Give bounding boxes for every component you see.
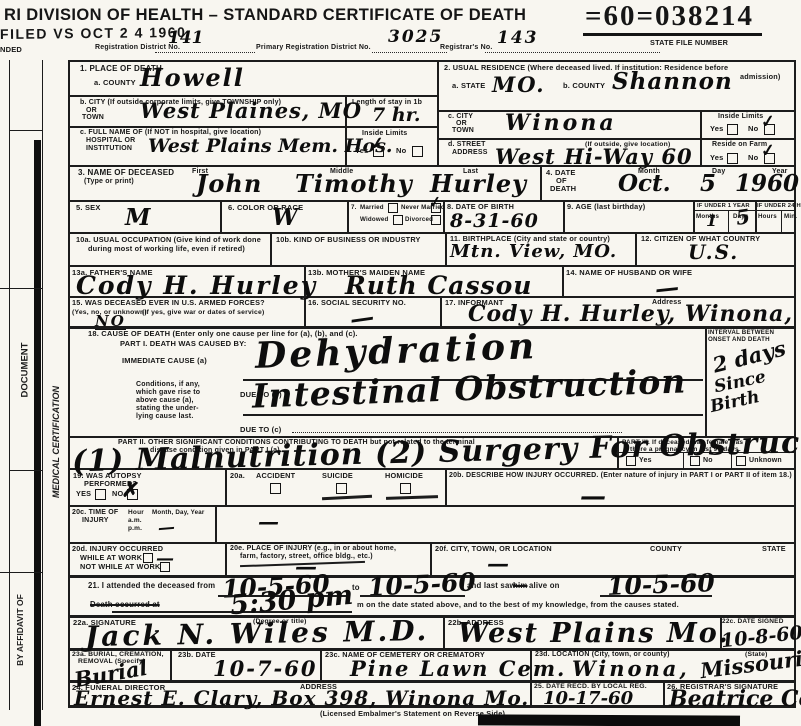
grid-line [540,165,542,200]
margin-thick-bar [34,140,41,726]
no-label: No [396,146,406,155]
cause-a-value: Dehydration [254,328,537,374]
not-while-at-work-label: NOT WHILE AT WORK [80,563,160,572]
month-day-year-label: Month, Day, Year [152,509,204,516]
grid-line [437,138,796,140]
grid-line [68,126,437,128]
grid-line [320,648,322,680]
hand-stroke [322,495,372,500]
conditions-note5: lying cause last. [136,413,193,421]
marital-married-label: Married [360,204,384,211]
residence-limits-yes-checkbox [727,124,738,135]
him-word: him [513,581,527,590]
hand-stroke [386,495,438,499]
primary-reg-value: 3025 [388,29,443,46]
hours-header: Hours [758,213,777,220]
residence-city-value: Winona [505,112,617,134]
mother-maiden-name-value: Ruth Cassou [345,273,532,298]
describe-injury-value: — [580,484,606,510]
death-year-value: 1960 [735,172,799,195]
age-label: 9. AGE (last birthday) [567,203,645,212]
residence-city-town: TOWN [452,127,474,135]
dotted-rule [485,52,660,53]
informant-value: Cody H. Hurley, Winona, MO [468,303,801,325]
yes-label: Yes [355,146,369,155]
burial-location-state-value: Missouri [699,648,801,681]
margin-tick [9,470,42,471]
widowed-checkbox [393,215,403,225]
margin-medical-certification-label: MEDICAL CERTIFICATION [51,386,61,498]
grid-line [440,296,442,326]
grid-line [693,200,695,232]
state-value: MO. [492,74,546,95]
accident-checkbox [270,483,281,494]
age-days-value: 5 [735,206,752,228]
inside-limits-no-checkbox [412,146,423,157]
last-name-value: Hurley [430,172,527,196]
rule-line [360,595,465,597]
burial-date-label: 23b. DATE [178,651,216,660]
date-of-death-title3: DEATH [550,184,576,193]
grid-line [68,505,796,507]
grid-line [443,615,445,648]
death-month-value: Oct. [618,172,671,195]
first-name-value: John [196,172,262,196]
check-mark: ✓ [369,135,385,153]
filed-stamp: FILED VS OCT 2 4 1960 [0,24,186,42]
min-header: Min. [784,213,797,220]
immediate-cause-label: IMMEDIATE CAUSE (a) [122,356,207,365]
rule-line [243,414,703,416]
armed-forces-value: NO [95,314,126,330]
grid-line [215,505,217,542]
time-of-injury-label2: INJURY [82,517,109,525]
state-label: a. STATE [452,81,485,90]
grid-line [68,265,796,267]
no-label: No [748,153,758,162]
margin-by-affidavit-label: BY AFFIDAVIT OF [15,594,25,666]
hospital-label3: INSTITUTION [86,145,132,153]
time-of-injury-value: — [157,519,175,537]
burial-date-value: 10-7-60 [213,658,318,679]
check-mark: ✓ [760,113,776,131]
county-label: a. COUNTY [94,78,136,87]
to-word: to [352,583,360,592]
dotted-rule [155,52,255,53]
social-security-value: — [348,304,375,331]
grid-line [781,210,782,232]
residence-county-label: b. COUNTY [563,81,605,90]
margin-document-label: DOCUMENT [20,343,31,398]
occupation-label2: during most of working life, even if ret… [88,245,245,254]
grid-line [562,265,564,296]
date-of-birth-value: 8-31-60 [450,212,539,231]
sex-label: 5. SEX [76,203,101,212]
homicide-checkbox [400,483,411,494]
injury-state-header: STATE [762,545,786,554]
married-checkbox [388,203,398,213]
grid-line [530,680,532,707]
city-town-label-town: TOWN [82,114,104,122]
margin-tick [0,572,42,573]
armed-forces-sub2: (If yes, give war or dates of service) [142,309,264,317]
grid-line [437,60,439,165]
margin-tick [0,288,42,289]
grid-line [663,680,665,707]
grid-line [304,296,306,326]
marital-divorced-label: Divorced [405,216,433,223]
alive-on-phrase: alive on [529,581,560,590]
age-months-value: 1 [706,213,717,229]
grid-line [68,60,70,707]
part1-label: PART I. DEATH WAS CAUSED BY: [120,339,246,348]
business-industry-label: 10b. KIND OF BUSINESS OR INDUSTRY [276,236,421,245]
name-of-deceased-sub: (Type or print) [84,178,134,186]
color-or-race-value: W [272,206,298,229]
father-name-value: Cody H. Hurley [76,273,317,298]
state-file-number-label: STATE FILE NUMBER [650,39,728,48]
grid-line [445,232,447,265]
dotted-rule [372,52,447,53]
cemetery-value: Pine Lawn Cem. [350,658,566,679]
residence-county-value: Shannon [612,70,733,93]
if-under-24-hr-header: IF UNDER 24 HR [757,203,801,210]
divorced-checkbox [431,215,441,225]
citizen-value: U.S. [688,242,739,262]
death-certificate-scan: RI DIVISION OF HEALTH – STANDARD CERTIFI… [0,0,801,726]
suicide-checkbox [336,483,347,494]
hour-label: Hour [128,509,144,517]
grid-line [68,95,437,97]
x-mark: ✗ [121,478,141,501]
county-value: Howell [140,66,245,90]
primary-reg-label: Primary Registration District No. [256,44,371,52]
page-title: RI DIVISION OF HEALTH – STANDARD CERTIFI… [4,6,526,25]
no-label: No [748,124,758,133]
yes-label: Yes [710,124,724,133]
grid-line [225,542,227,575]
due-to-c-label: DUE TO (c) [240,425,281,434]
birthplace-value: Mtn. View, MO. [450,243,617,261]
autopsy-yes-checkbox [95,489,106,500]
physician-signature-value: Jack N. Wiles M.D. [85,617,430,651]
grid-line [445,468,447,505]
describe-injury-label: 20b. DESCRIBE HOW INJURY OCCURRED. (Ente… [449,472,792,480]
residence-inside-limits-label: Inside Limits [718,113,763,121]
last-saw-phrase: and last saw [467,581,516,590]
middle-name-value: Timothy [295,172,413,196]
name-of-deceased-title: 3. NAME OF DECEASED [78,168,174,178]
rule-line [600,595,712,597]
scan-artifact-bar [478,714,740,726]
suicide-label: SUICIDE [322,472,353,481]
autopsy-yes-label: YES [76,490,91,499]
length-of-stay-value: 7 hr. [372,106,421,125]
am-label: a.m. [128,517,142,525]
yes-label: Yes [710,153,724,162]
not-while-at-work-checkbox [160,562,170,572]
burial-location-city-value: Winona, [572,658,690,679]
grid-line [794,60,796,707]
pm-label: p.m. [128,525,142,533]
grid-line [635,232,637,265]
signature-address-value: West Plains Mo. [458,620,730,647]
injury-date-value: — [258,511,279,532]
registrar-signature-value: Beatrice Cook [669,688,801,710]
street-address-value: West Hi-Way 60 [495,146,693,167]
marital-widowed-label: Widowed [360,216,389,223]
usual-residence-title2: admission) [740,73,781,82]
margin-stub-text: NDED [0,45,22,54]
check-mark: ✓ [760,142,776,160]
armed-forces-label: 15. WAS DECEASED EVER IN U.S. ARMED FORC… [72,299,265,308]
homicide-label: HOMICIDE [385,472,423,481]
margin-line [42,60,43,710]
attended-phrase: 21. I attended the deceased from [88,581,215,590]
registrar-no-value: 143 [497,30,539,47]
death-day-value: 5 [700,172,716,195]
death-occurred-phrase: Death occurred at [90,600,160,609]
injury-county-header: COUNTY [650,545,682,554]
margin-line [9,60,10,710]
grid-line [68,542,796,544]
street-address-label2: ADDRESS [452,149,488,157]
grid-line [700,110,702,165]
check-mark: ✓ [428,194,443,211]
grid-line [170,648,172,680]
state-file-number: =60=038214 [583,0,762,36]
causes-stated-phrase: m on the date stated above, and to the b… [357,600,679,609]
sex-value: M [125,206,150,229]
funeral-director-value: Ernest E. Clary, Box 398, Winona Mo. [74,688,529,708]
grid-line [728,210,729,232]
grid-line [563,200,565,232]
farm-yes-checkbox [727,153,738,164]
grid-line [220,200,222,232]
marital-number: 7. [351,204,357,211]
city-town-value: West Plaines, MO [140,100,362,121]
margin-tick [9,130,42,131]
husband-or-wife-value: — [654,275,680,301]
date-received-value: 10-17-60 [543,690,633,708]
grid-line [705,326,707,436]
grid-line [68,60,796,62]
injury-city-value: — [487,553,509,575]
reg-district-value: 141 [168,30,204,47]
grid-line [347,200,349,232]
grid-line [270,232,272,265]
